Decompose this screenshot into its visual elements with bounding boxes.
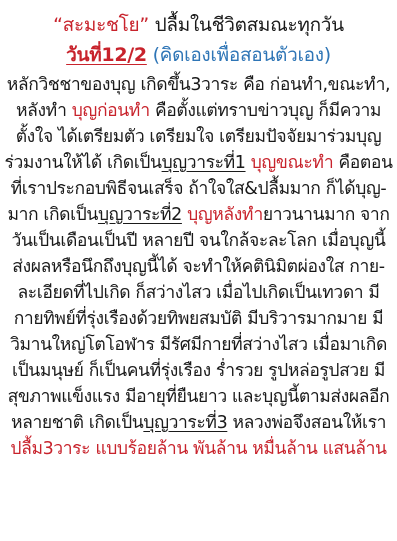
text-segment: เป็นมนุษย์ ก็เป็นคนที่รุ่งเรือง ร่ำรวย ร… bbox=[12, 361, 385, 381]
underlined-merit-stage-1: บุญวาระที่1 bbox=[162, 153, 246, 173]
title-quote: “สะมะชโย” bbox=[53, 14, 149, 36]
body-line-13: สุขภาพแข็งแรง มีอายุที่ยืนยาว และบุญนี้ต… bbox=[0, 384, 397, 410]
text-segment: ที่เราประกอบพิธีจนเสร็จ ถ้าใจใส&ปลื้มมาก… bbox=[11, 179, 387, 199]
text-segment: ตั้งใจ ได้เตรียมตัว เตรียมใจ เตรียมปัจจั… bbox=[16, 127, 382, 147]
body-line-5: ที่เราประกอบพิธีจนเสร็จ ถ้าใจใส&ปลื้มมาก… bbox=[0, 176, 397, 202]
body-text: หลักวิชชาของบุญ เกิดขึ้น3วาระ คือ ก่อนทำ… bbox=[0, 72, 397, 462]
body-line-15-closing: ปลื้ม3วาระ แบบร้อยล้าน พันล้าน หมื่นล้าน… bbox=[0, 436, 397, 462]
document-subtitle: วันที่12/2 (คิดเองเพื่อสอนตัวเอง) bbox=[0, 40, 397, 70]
body-line-3: ตั้งใจ ได้เตรียมตัว เตรียมใจ เตรียมปัจจั… bbox=[0, 124, 397, 150]
body-line-1: หลักวิชชาของบุญ เกิดขึ้น3วาระ คือ ก่อนทำ… bbox=[0, 72, 397, 98]
text-segment: ร่วมงานให้ได้ เกิดเป็น bbox=[4, 153, 161, 173]
body-line-6: มาก เกิดเป็นบุญวาระที่2 บุญหลังทำยาวนานม… bbox=[0, 202, 397, 228]
body-line-8: ส่งผลหรือนึกถึงบุญนี้ได้ จะทำให้คตินิมิต… bbox=[0, 254, 397, 280]
text-segment: วิมานใหญ่โตโอฬาร มีรัศมีกายที่สว่างไสว เ… bbox=[10, 335, 387, 355]
text-segment: ละเอียดที่ไปเกิด ก็สว่างไสว เมื่อไปเกิดเ… bbox=[17, 283, 379, 303]
subtitle-note: (คิดเองเพื่อสอนตัวเอง) bbox=[147, 44, 331, 66]
document-page: “สะมะชโย” ปลื้มในชีวิตสมณะทุกวัน วันที่1… bbox=[0, 0, 397, 541]
text-segment: ยาวนานมาก จาก bbox=[263, 205, 390, 225]
text-segment: หลังทำ bbox=[16, 101, 72, 121]
body-line-12: เป็นมนุษย์ ก็เป็นคนที่รุ่งเรือง ร่ำรวย ร… bbox=[0, 358, 397, 384]
highlight-before-merit: บุญก่อนทำ bbox=[72, 101, 150, 121]
body-line-2: หลังทำ บุญก่อนทำ คือตั้งแต่ทราบข่าวบุญ ก… bbox=[0, 98, 397, 124]
title-rest: ปลื้มในชีวิตสมณะทุกวัน bbox=[149, 14, 344, 36]
body-line-14: หลายชาติ เกิดเป็นบุญวาระที่3 หลวงพ่อจึงส… bbox=[0, 410, 397, 436]
body-line-9: ละเอียดที่ไปเกิด ก็สว่างไสว เมื่อไปเกิดเ… bbox=[0, 280, 397, 306]
subtitle-date: วันที่12/2 bbox=[66, 44, 147, 66]
text-segment: กายทิพย์ที่รุ่งเรืองด้วยทิพยสมบัติ มีบริ… bbox=[14, 309, 384, 329]
text-segment: หลวงพ่อจึงสอนให้เรา bbox=[227, 413, 386, 433]
underlined-merit-stage-3: บุญวาระที่3 bbox=[143, 413, 227, 433]
text-segment: ส่งผลหรือนึกถึงบุญนี้ได้ จะทำให้คตินิมิต… bbox=[12, 257, 384, 277]
highlight-during-merit: บุญขณะทำ bbox=[251, 153, 334, 173]
body-line-11: วิมานใหญ่โตโอฬาร มีรัศมีกายที่สว่างไสว เ… bbox=[0, 332, 397, 358]
text-segment: มาก เกิดเป็น bbox=[7, 205, 98, 225]
text-segment: วันเป็นเดือนเป็นปี หลายปี จนใกล้จะละโลก … bbox=[12, 231, 386, 251]
body-line-7: วันเป็นเดือนเป็นปี หลายปี จนใกล้จะละโลก … bbox=[0, 228, 397, 254]
underlined-merit-stage-2: บุญวาระที่2 bbox=[98, 205, 182, 225]
highlight-after-merit: บุญหลังทำ bbox=[187, 205, 263, 225]
closing-highlight: ปลื้ม3วาระ แบบร้อยล้าน พันล้าน หมื่นล้าน… bbox=[10, 439, 386, 459]
text-segment: หลักวิชชาของบุญ เกิดขึ้น3วาระ คือ ก่อนทำ… bbox=[7, 75, 390, 95]
body-line-10: กายทิพย์ที่รุ่งเรืองด้วยทิพยสมบัติ มีบริ… bbox=[0, 306, 397, 332]
body-line-4: ร่วมงานให้ได้ เกิดเป็นบุญวาระที่1 บุญขณะ… bbox=[0, 150, 397, 176]
document-title: “สะมะชโย” ปลื้มในชีวิตสมณะทุกวัน bbox=[0, 10, 397, 40]
text-segment: คือตั้งแต่ทราบข่าวบุญ ก็มีความ bbox=[150, 101, 381, 121]
text-segment: คือตอน bbox=[333, 153, 392, 173]
text-segment: หลายชาติ เกิดเป็น bbox=[11, 413, 143, 433]
text-segment: สุขภาพแข็งแรง มีอายุที่ยืนยาว และบุญนี้ต… bbox=[8, 387, 390, 407]
